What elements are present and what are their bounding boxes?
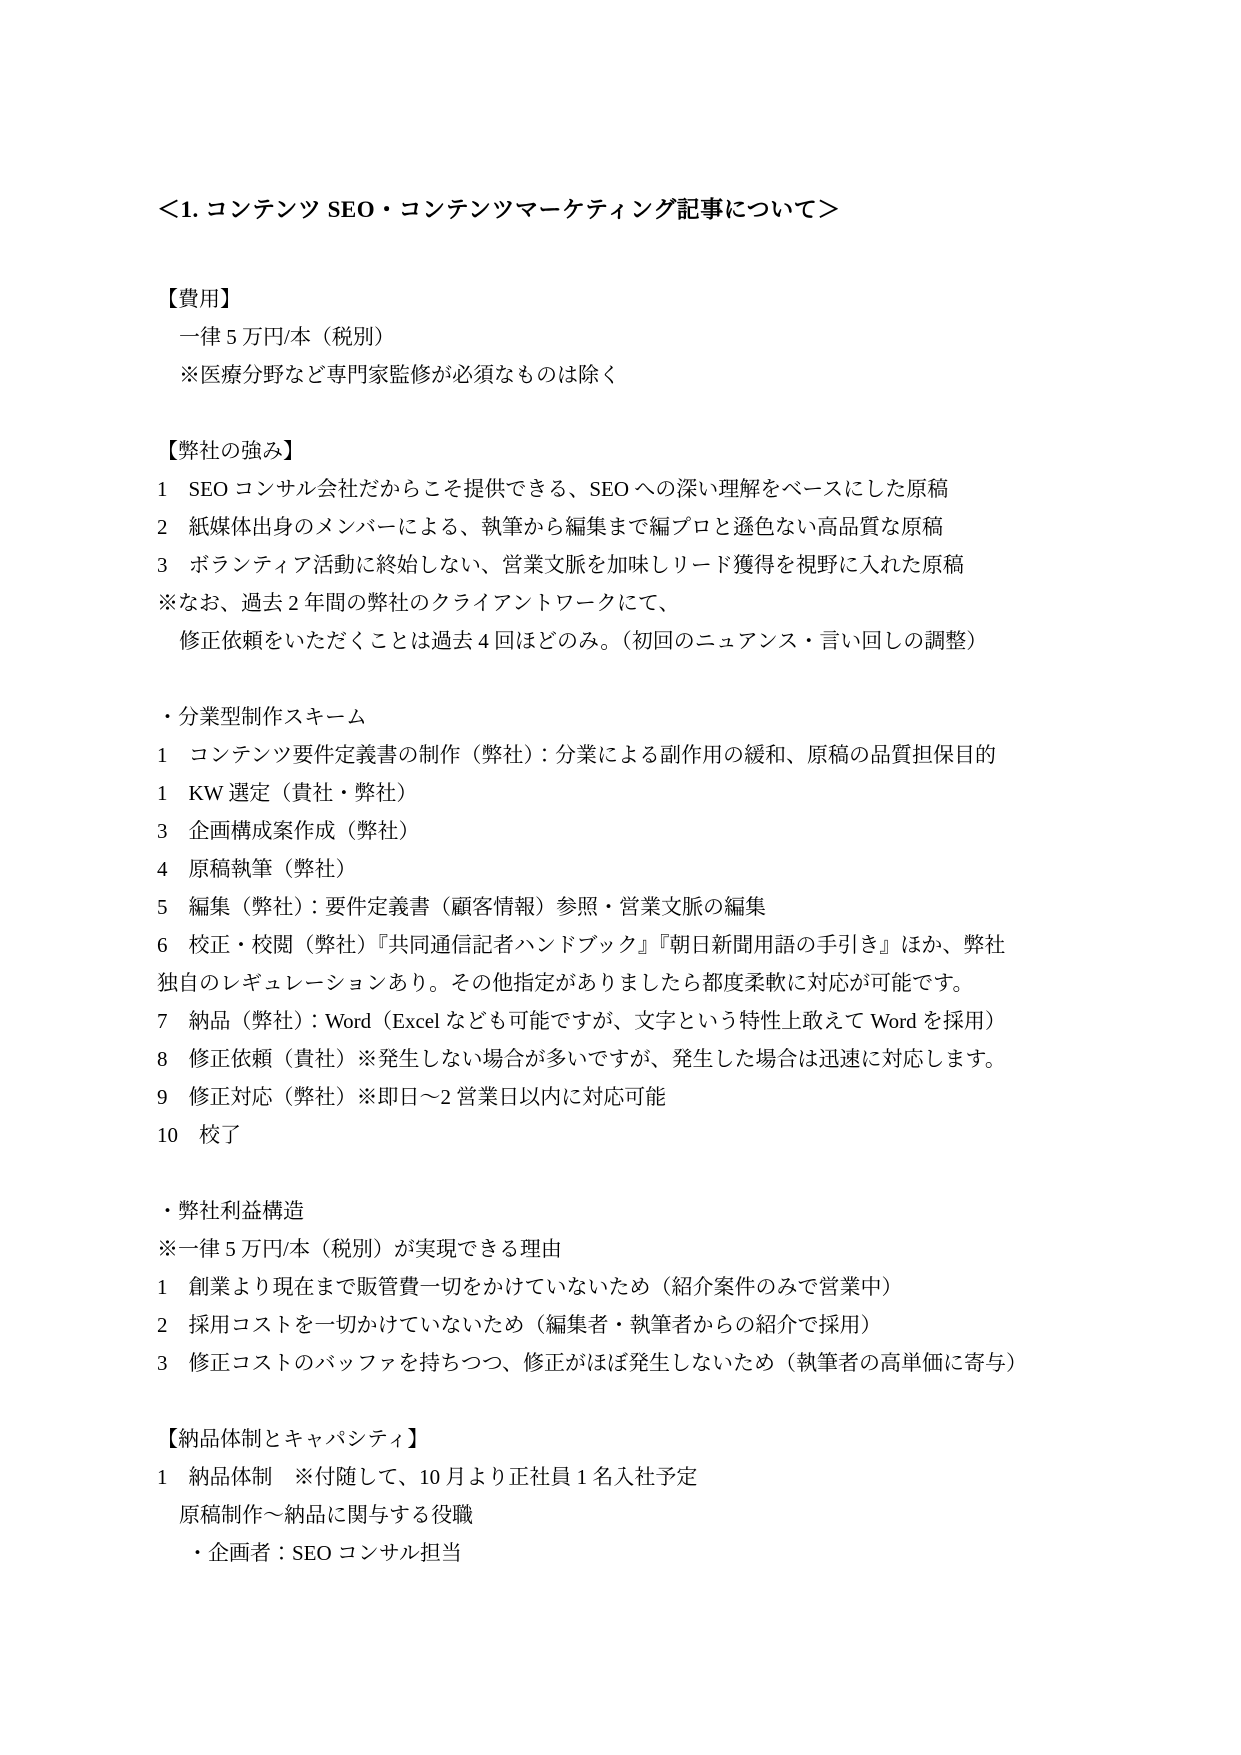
- text-line: ※一律 5 万円/本（税別）が実現できる理由: [157, 1230, 1111, 1268]
- text-line: 独自のレギュレーションあり。その他指定がありましたら都度柔軟に対応が可能です。: [157, 964, 1111, 1002]
- blank-line: [157, 1154, 1111, 1192]
- text-line: 1 SEO コンサル会社だからこそ提供できる、SEO への深い理解をベースにした…: [157, 470, 1111, 508]
- text-line: 3 企画構成案作成（弊社）: [157, 812, 1111, 850]
- text-line: 一律 5 万円/本（税別）: [157, 318, 1111, 356]
- section-heading: 【弊社の強み】: [157, 432, 1111, 470]
- blank-line: [157, 660, 1111, 698]
- text-line: 1 KW 選定（貴社・弊社）: [157, 774, 1111, 812]
- blank-line: [157, 394, 1111, 432]
- text-line: 2 紙媒体出身のメンバーによる、執筆から編集まで編プロと遜色ない高品質な原稿: [157, 508, 1111, 546]
- document-body: 【費用】一律 5 万円/本（税別）※医療分野など専門家監修が必須なものは除く 【…: [157, 280, 1111, 1572]
- section-heading: ・分業型制作スキーム: [157, 698, 1111, 736]
- text-line: 10 校了: [157, 1116, 1111, 1154]
- document-page: ＜1. コンテンツ SEO・コンテンツマーケティング記事について＞ 【費用】一律…: [0, 0, 1241, 1755]
- text-line: 1 納品体制 ※付随して、10 月より正社員 1 名入社予定: [157, 1458, 1111, 1496]
- section-heading: ・弊社利益構造: [157, 1192, 1111, 1230]
- blank-line: [157, 1382, 1111, 1420]
- text-line: 8 修正依頼（貴社）※発生しない場合が多いですが、発生した場合は迅速に対応します…: [157, 1040, 1111, 1078]
- text-line: ・企画者：SEO コンサル担当: [157, 1534, 1111, 1572]
- section-heading: 【費用】: [157, 280, 1111, 318]
- text-line: 3 修正コストのバッファを持ちつつ、修正がほぼ発生しないため（執筆者の高単価に寄…: [157, 1344, 1111, 1382]
- text-line: 4 原稿執筆（弊社）: [157, 850, 1111, 888]
- text-line: 9 修正対応（弊社）※即日～2 営業日以内に対応可能: [157, 1078, 1111, 1116]
- text-line: ※医療分野など専門家監修が必須なものは除く: [157, 356, 1111, 394]
- text-line: 原稿制作～納品に関与する役職: [157, 1496, 1111, 1534]
- text-line: 7 納品（弊社）：Word（Excel なども可能ですが、文字という特性上敢えて…: [157, 1002, 1111, 1040]
- text-line: 5 編集（弊社）：要件定義書（顧客情報）参照・営業文脈の編集: [157, 888, 1111, 926]
- document-title: ＜1. コンテンツ SEO・コンテンツマーケティング記事について＞: [157, 190, 1111, 230]
- text-line: ※なお、過去 2 年間の弊社のクライアントワークにて、: [157, 584, 1111, 622]
- text-line: 修正依頼をいただくことは過去 4 回ほどのみ。（初回のニュアンス・言い回しの調整…: [157, 622, 1111, 660]
- text-line: 2 採用コストを一切かけていないため（編集者・執筆者からの紹介で採用）: [157, 1306, 1111, 1344]
- text-line: 6 校正・校閲（弊社）『共同通信記者ハンドブック』『朝日新聞用語の手引き』ほか、…: [157, 926, 1111, 964]
- section-heading: 【納品体制とキャパシティ】: [157, 1420, 1111, 1458]
- text-line: 3 ボランティア活動に終始しない、営業文脈を加味しリード獲得を視野に入れた原稿: [157, 546, 1111, 584]
- text-line: 1 創業より現在まで販管費一切をかけていないため（紹介案件のみで営業中）: [157, 1268, 1111, 1306]
- text-line: 1 コンテンツ要件定義書の制作（弊社）：分業による副作用の緩和、原稿の品質担保目…: [157, 736, 1111, 774]
